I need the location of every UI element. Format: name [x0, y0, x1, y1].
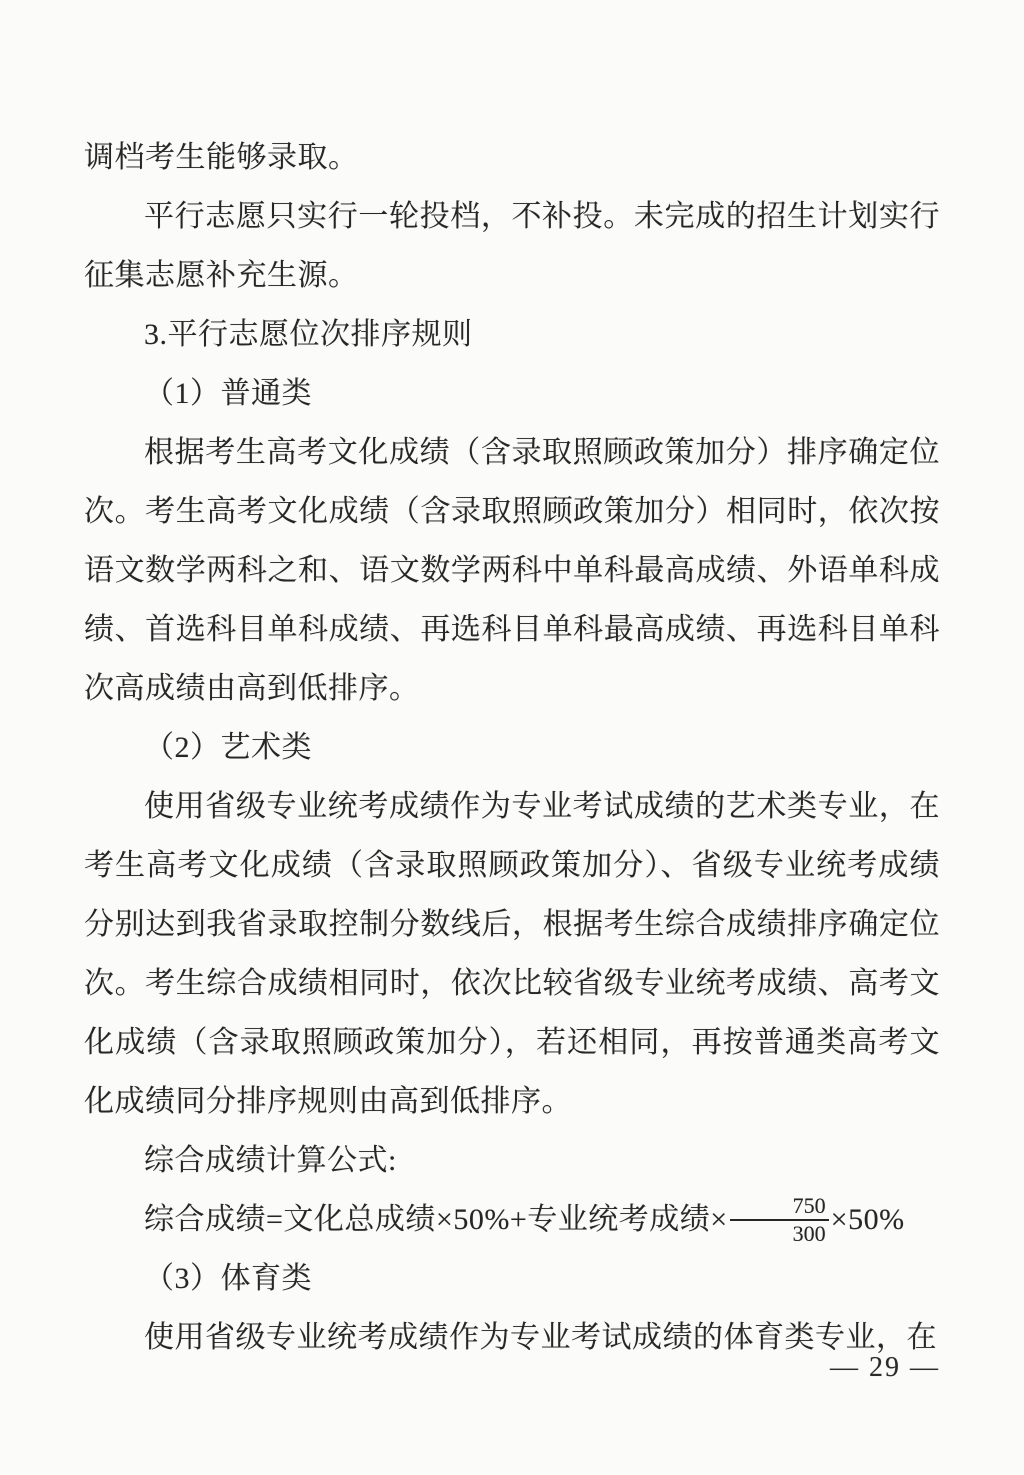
document-page: 调档考生能够录取。 平行志愿只实行一轮投档，不补投。未完成的招生计划实行征集志愿…: [0, 0, 1024, 1475]
paragraph-ordinary-category: 根据考生高考文化成绩（含录取照顾政策加分）排序确定位次。考生高考文化成绩（含录取…: [84, 423, 940, 718]
subheading-art-category: （2）艺术类: [84, 718, 940, 777]
section-heading-rank-rules: 3.平行志愿位次排序规则: [84, 305, 940, 364]
formula-prefix: 综合成绩=文化总成绩×50%+专业统考成绩×: [144, 1203, 728, 1236]
fraction-numerator: 750: [730, 1194, 829, 1221]
composite-score-formula: 综合成绩=文化总成绩×50%+专业统考成绩×750300×50%: [84, 1190, 940, 1249]
subheading-ordinary-category: （1）普通类: [84, 364, 940, 423]
paragraph-art-category: 使用省级专业统考成绩作为专业考试成绩的艺术类专业，在考生高考文化成绩（含录取照顾…: [84, 777, 940, 1131]
fraction: 750300: [730, 1194, 829, 1246]
formula-label: 综合成绩计算公式:: [84, 1131, 940, 1190]
paragraph-continuation: 调档考生能够录取。: [84, 128, 940, 187]
fraction-denominator: 300: [730, 1221, 829, 1246]
paragraph-sports-category: 使用省级专业统考成绩作为专业考试成绩的体育类专业，在: [84, 1308, 940, 1367]
formula-suffix: ×50%: [831, 1203, 905, 1236]
paragraph-parallel-volunteer: 平行志愿只实行一轮投档，不补投。未完成的招生计划实行征集志愿补充生源。: [84, 187, 940, 305]
page-number: — 29 —: [830, 1352, 940, 1384]
subheading-sports-category: （3）体育类: [84, 1249, 940, 1308]
